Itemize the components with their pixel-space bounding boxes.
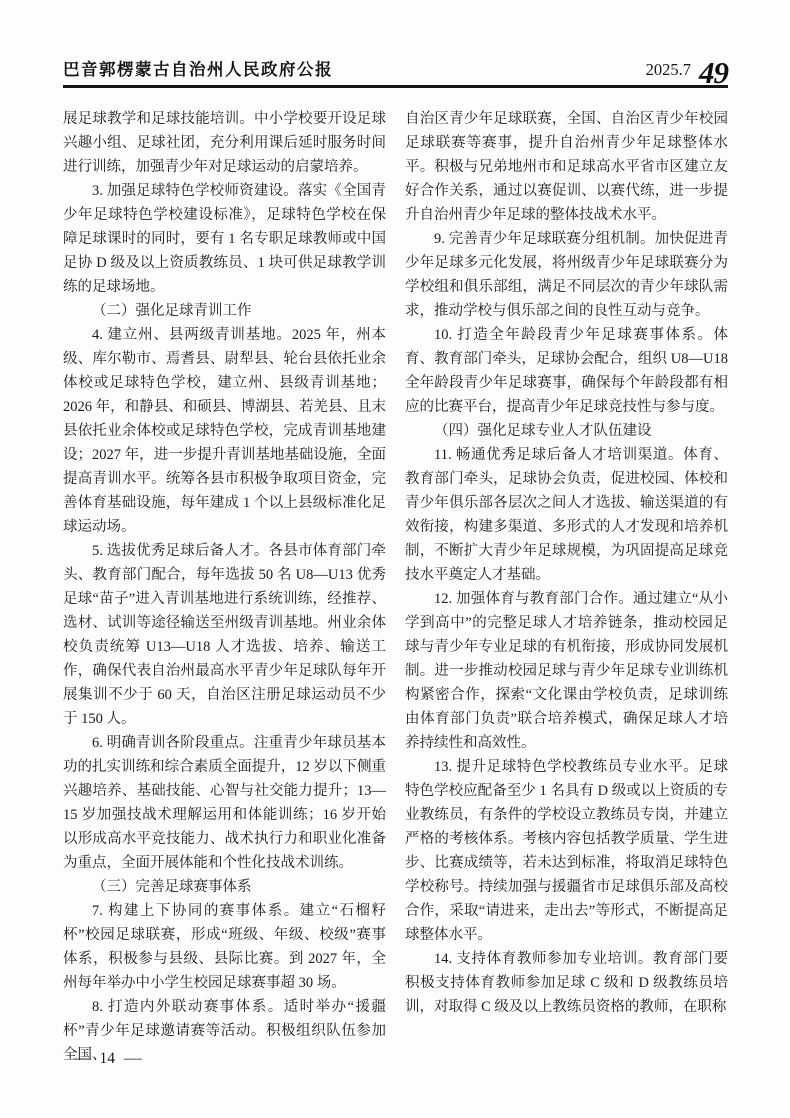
section-heading: （三）完善足球赛事体系 bbox=[63, 875, 386, 899]
body-paragraph: 3. 加强足球特色学校师资建设。落实《全国青少年足球特色学校建设标准》，足球特色… bbox=[63, 179, 386, 299]
page-footer: — 14 — bbox=[74, 1050, 141, 1068]
left-column: 展足球教学和足球技能培训。中小学校要开设足球兴趣小组、足球社团，充分利用课后延时… bbox=[63, 107, 386, 1067]
body-paragraph: 7. 构建上下协同的赛事体系。建立“石榴籽杯”校园足球联赛，形成“班级、年级、校… bbox=[63, 899, 386, 995]
section-heading: （二）强化足球青训工作 bbox=[63, 299, 386, 323]
document-body: 展足球教学和足球技能培训。中小学校要开设足球兴趣小组、足球社团，充分利用课后延时… bbox=[63, 107, 728, 1067]
issue-date: 2025.7 bbox=[646, 62, 691, 79]
right-column: 自治区青少年足球联赛，全国、自治区青少年校园足球联赛等赛事，提升自治州青少年足球… bbox=[405, 107, 728, 1067]
body-paragraph: 5. 选拔优秀足球后备人才。各县市体育部门牵头、教育部门配合，每年选拔 50 名… bbox=[63, 539, 386, 731]
body-paragraph: 13. 提升足球特色学校教练员专业水平。足球特色学校应配备至少 1 名具有 D … bbox=[405, 755, 728, 947]
issue-info: 2025.7 49 bbox=[646, 61, 728, 80]
body-paragraph: 自治区青少年足球联赛，全国、自治区青少年校园足球联赛等赛事，提升自治州青少年足球… bbox=[405, 107, 728, 227]
page-number: 14 bbox=[100, 1050, 116, 1068]
body-paragraph: 4. 建立州、县两级青训基地。2025 年，州本级、库尔勒市、焉耆县、尉犁县、轮… bbox=[63, 323, 386, 539]
gazette-page: 巴音郭楞蒙古自治州人民政府公报 2025.7 49 展足球教学和足球技能培训。中… bbox=[0, 0, 790, 1118]
issue-number: 49 bbox=[699, 61, 728, 84]
footer-dash-right: — bbox=[124, 1050, 142, 1068]
body-paragraph: 9. 完善青少年足球联赛分组机制。加快促进青少年足球多元化发展，将州级青少年足球… bbox=[405, 227, 728, 323]
footer-dash-left: — bbox=[73, 1050, 91, 1068]
body-paragraph: 10. 打造全年龄段青少年足球赛事体系。体育、教育部门牵头，足球协会配合，组织 … bbox=[405, 323, 728, 419]
body-paragraph: 11. 畅通优秀足球后备人才培训渠道。体育、教育部门牵头，足球协会负责，促进校园… bbox=[405, 443, 728, 587]
header-row: 巴音郭楞蒙古自治州人民政府公报 2025.7 49 bbox=[63, 56, 728, 88]
body-paragraph: 12. 加强体育与教育部门合作。通过建立“从小学到高中”的完整足球人才培养链条，… bbox=[405, 587, 728, 755]
body-paragraph: 6. 明确青训各阶段重点。注重青少年球员基本功的扎实训练和综合素质全面提升，12… bbox=[63, 731, 386, 875]
gazette-title: 巴音郭楞蒙古自治州人民政府公报 bbox=[63, 56, 333, 80]
page-header: 巴音郭楞蒙古自治州人民政府公报 2025.7 49 bbox=[63, 56, 728, 88]
section-heading: （四）强化足球专业人才队伍建设 bbox=[405, 419, 728, 443]
body-paragraph: 14. 支持体育教师参加专业培训。教育部门要积极支持体育教师参加足球 C 级和 … bbox=[405, 947, 728, 1019]
body-paragraph: 展足球教学和足球技能培训。中小学校要开设足球兴趣小组、足球社团，充分利用课后延时… bbox=[63, 107, 386, 179]
